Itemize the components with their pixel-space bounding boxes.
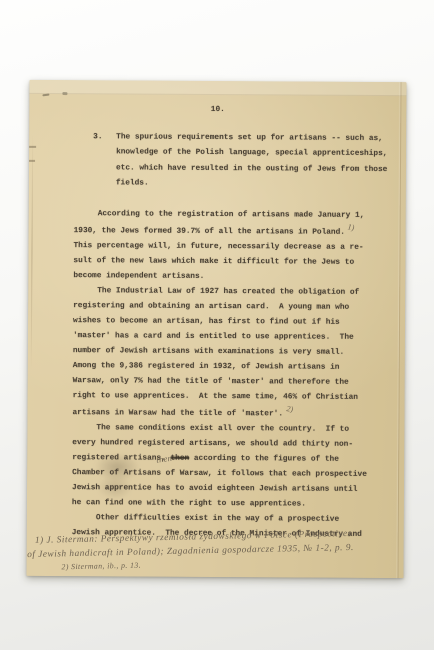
typed-text: according to the figures of the (189, 455, 339, 464)
paper-edge-mark (29, 160, 35, 162)
page-number: 10. (29, 102, 406, 119)
handwritten-footnotes: 1) J. Siterman: Perspektywy rzemiosła ży… (35, 526, 408, 573)
typed-line: etc. which have resulted in the ousting … (116, 161, 387, 178)
document-page: 10. 3. The spurious requirements set up … (26, 80, 406, 578)
pencil-mark (62, 92, 67, 95)
typed-text: 1930, the Jews formed 39.7% of all the a… (74, 227, 345, 237)
typed-line: fields. (116, 177, 387, 194)
typed-line: The spurious requirements set up for art… (116, 130, 387, 147)
paper-edge-mark (29, 146, 36, 148)
item-number: 3. (93, 130, 116, 192)
item-text: The spurious requirements set up for art… (116, 130, 388, 193)
typed-line: artisans in Warsaw had the title of 'mas… (72, 404, 402, 423)
pencil-mark (42, 93, 49, 96)
typed-text: artisans in Warsaw had the title of 'mas… (72, 409, 283, 418)
numbered-item-3: 3. The spurious requirements set up for … (93, 130, 388, 193)
footnote-marker-1: 1) (347, 219, 356, 235)
footnote-marker-2: 2) (285, 401, 294, 417)
typed-line: 1930, the Jews formed 39.7% of all the a… (74, 222, 404, 241)
paper-crease (31, 135, 33, 370)
handwritten-insertion: then (156, 453, 173, 465)
typed-line: knowledge of the Polish language, specia… (116, 146, 387, 163)
photo-background: 10. 3. The spurious requirements set up … (0, 0, 434, 650)
typed-body: According to the registration of artisan… (72, 207, 404, 543)
strikethrough-word: then (170, 455, 189, 463)
